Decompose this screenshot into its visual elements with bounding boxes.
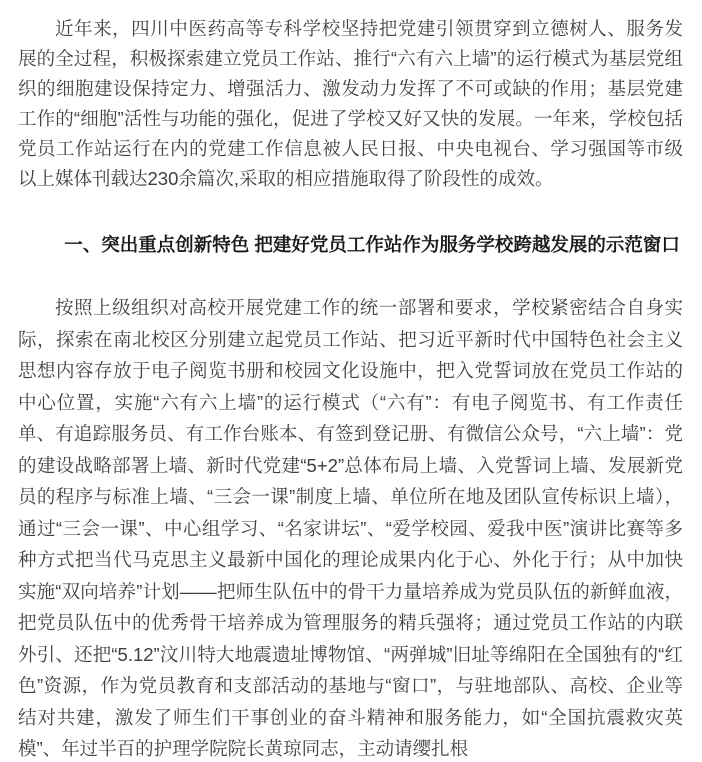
document-page: 近年来，四川中医药高等专科学校坚持把党建引领贯穿到立德树人、服务发展的全过程，积… bbox=[0, 0, 702, 762]
paragraph-intro: 近年来，四川中医药高等专科学校坚持把党建引领贯穿到立德树人、服务发展的全过程，积… bbox=[18, 14, 683, 194]
paragraph-section-1-body: 按照上级组织对高校开展党建工作的统一部署和要求，学校紧密结合自身实际，探索在南北… bbox=[18, 292, 683, 762]
section-1-heading: 一、突出重点创新特色 把建好党员工作站作为服务学校跨越发展的示范窗口 bbox=[18, 230, 683, 260]
